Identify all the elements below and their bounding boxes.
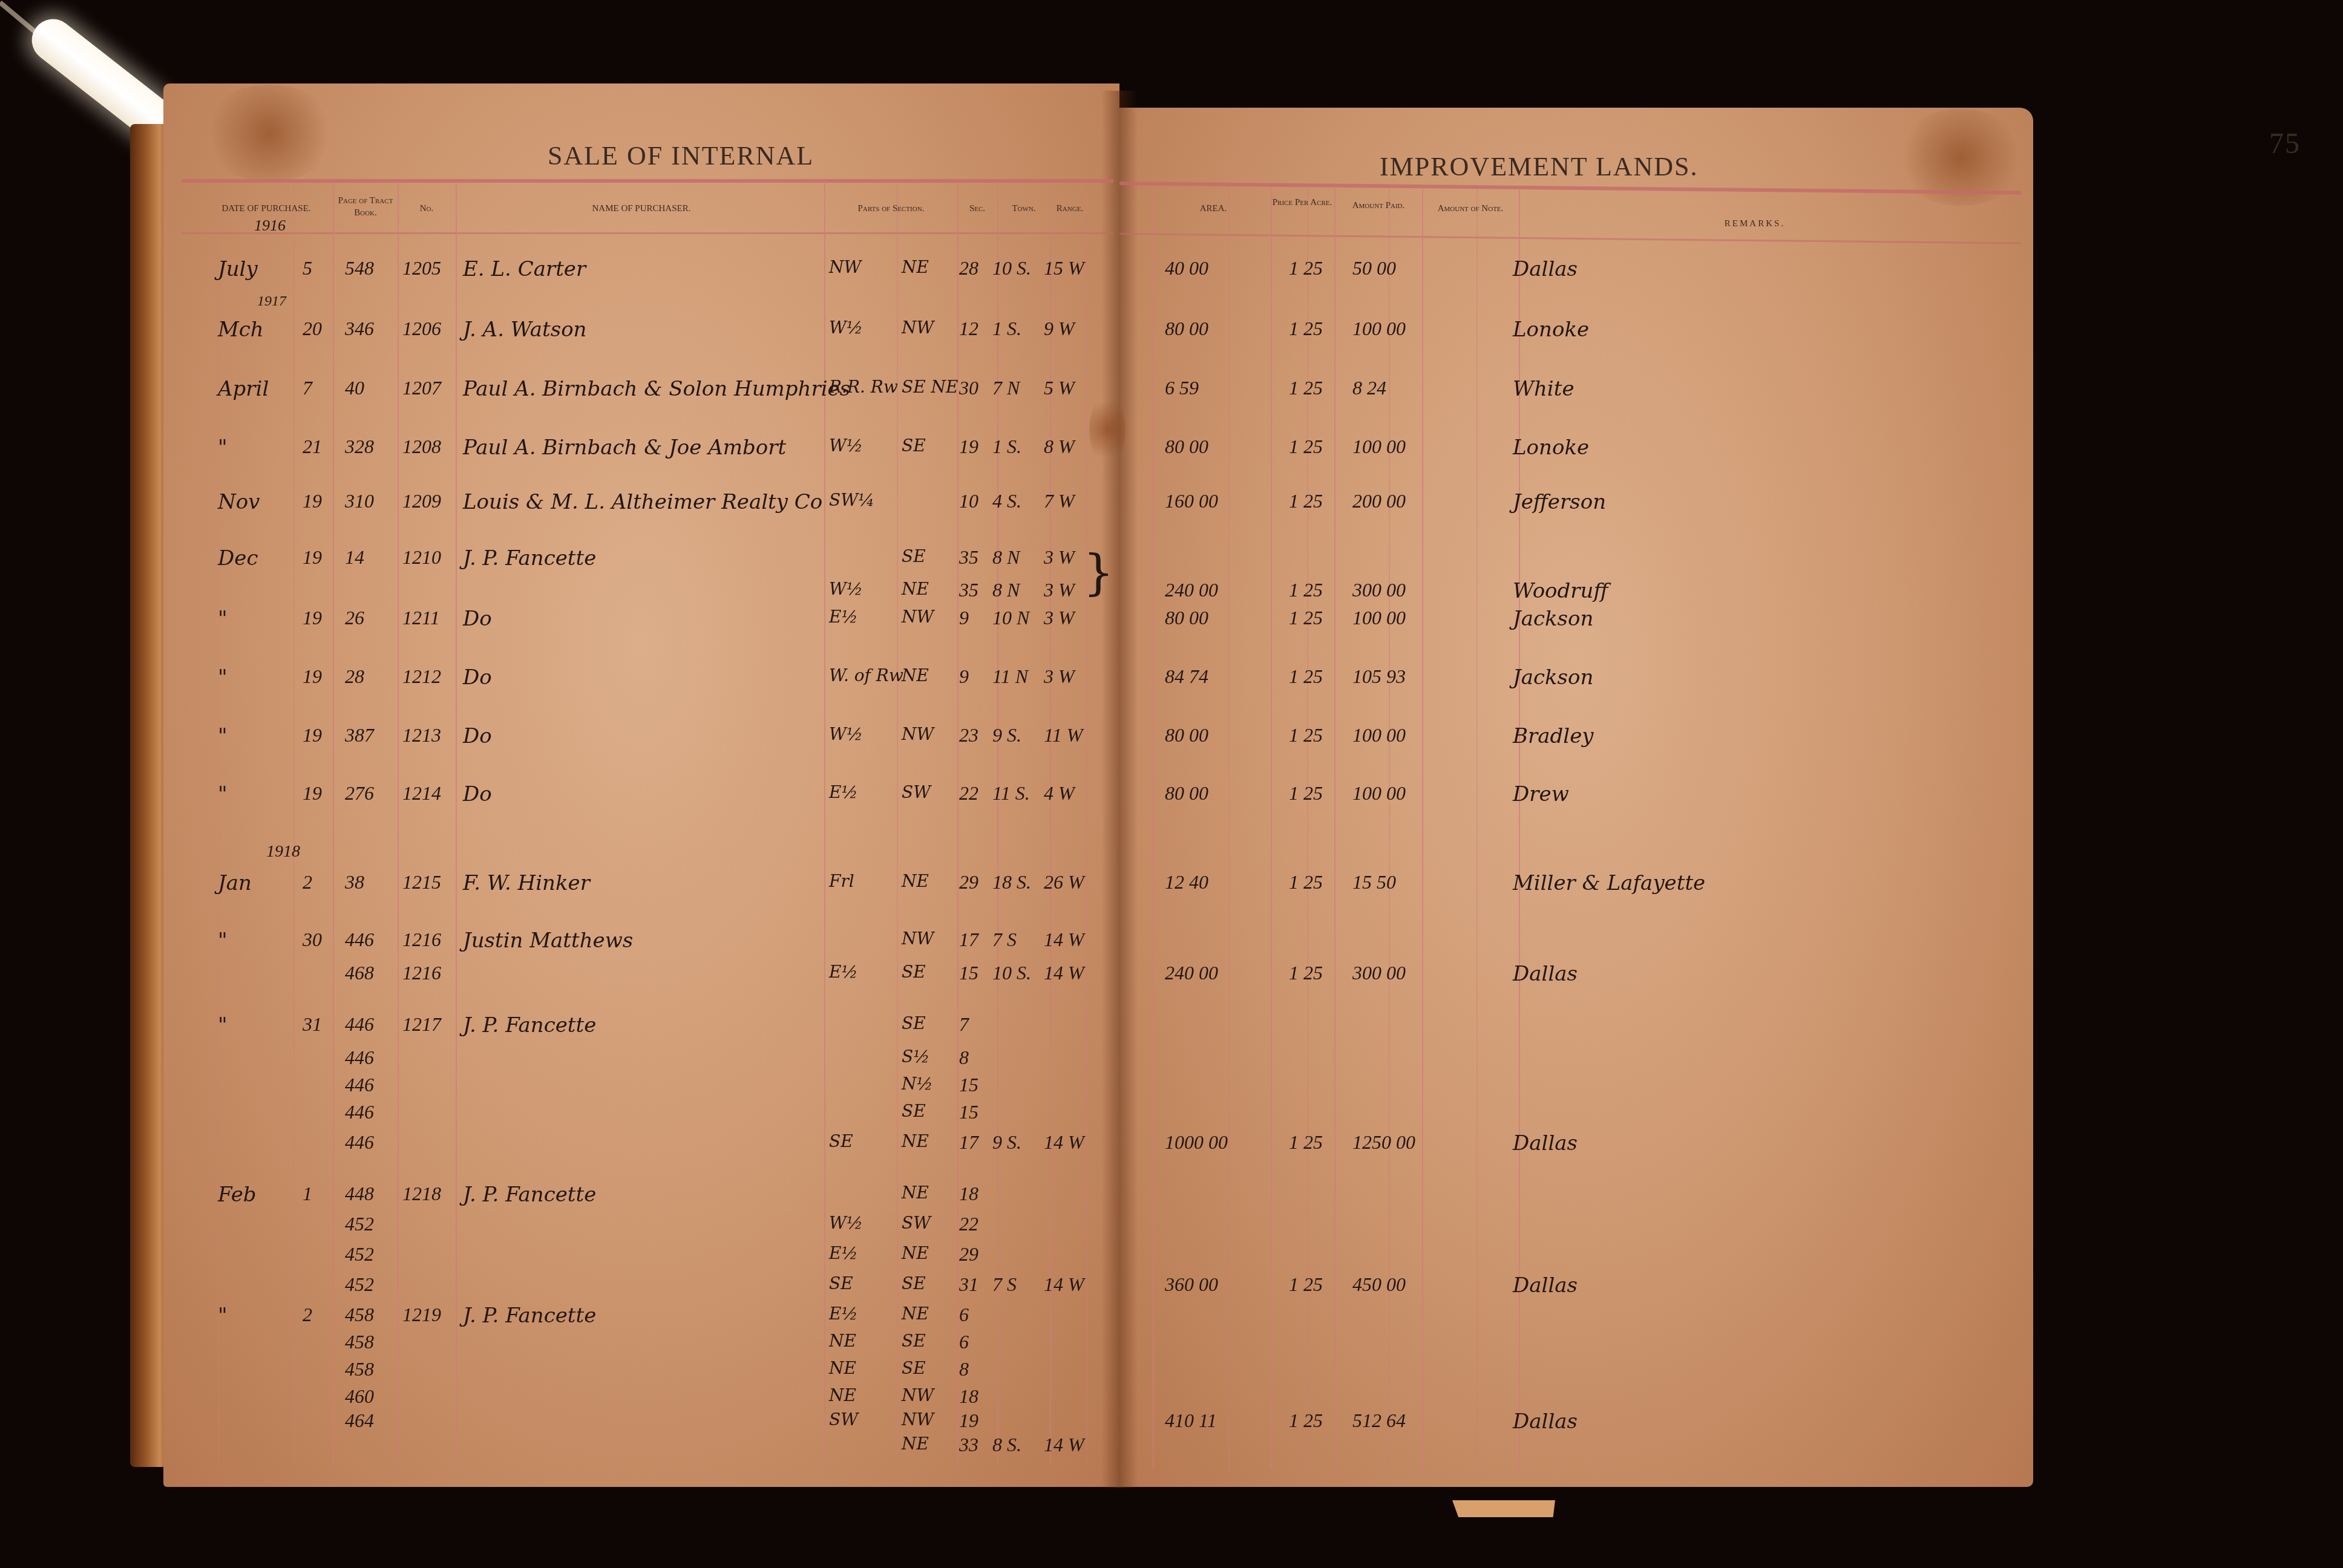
entry-price-per-acre: 1 25 xyxy=(1289,871,1323,893)
entry-tract-page: 460 xyxy=(345,1385,374,1408)
entry-price-per-acre: 1 25 xyxy=(1289,490,1323,512)
entry-month: " xyxy=(218,607,228,631)
entry-part-of-section: W. of Rw xyxy=(829,665,903,685)
entry-quarter: NW xyxy=(902,1385,934,1405)
entry-range: 3 W xyxy=(1044,665,1075,688)
entry-township: 7 N xyxy=(992,377,1020,399)
entry-remarks-county: Dallas xyxy=(1513,1273,1578,1298)
column-rule xyxy=(293,181,295,1464)
entry-remarks-county: Dallas xyxy=(1513,1131,1578,1155)
header-no: No. xyxy=(399,203,454,215)
entry-range: 14 W xyxy=(1044,1131,1084,1154)
entry-part-of-section: W½ xyxy=(829,1213,863,1233)
entry-number: 1211 xyxy=(402,607,440,629)
entry-range: 14 W xyxy=(1044,1434,1084,1456)
entry-tract-page: 28 xyxy=(345,665,364,688)
entry-number: 1216 xyxy=(402,962,441,984)
entry-area: 80 00 xyxy=(1165,724,1208,746)
entry-remarks-county: Woodruff xyxy=(1513,579,1608,603)
entry-day: 19 xyxy=(303,665,322,688)
entry-part-of-section: W½ xyxy=(829,724,863,744)
entry-section: 35 xyxy=(959,579,978,601)
entry-area: 160 00 xyxy=(1165,490,1218,512)
entry-remarks-county: Jackson xyxy=(1513,607,1593,631)
entry-day: 2 xyxy=(303,871,312,893)
entry-month: April xyxy=(218,377,269,401)
column-rule xyxy=(218,181,219,1464)
entry-section: 8 xyxy=(959,1358,969,1380)
entry-tract-page: 346 xyxy=(345,318,374,340)
entry-quarter: NE xyxy=(902,871,929,891)
entry-price-per-acre: 1 25 xyxy=(1289,1410,1323,1432)
grouping-brace: } xyxy=(1083,544,1114,601)
entry-amount-paid: 15 50 xyxy=(1352,871,1396,893)
entry-purchaser-name: Louis & M. L. Altheimer Realty Co xyxy=(463,490,822,514)
entry-day: 19 xyxy=(303,490,322,512)
column-rule xyxy=(1271,188,1272,1470)
entry-amount-paid: 8 24 xyxy=(1352,377,1386,399)
entry-township: 8 N xyxy=(992,546,1020,569)
entry-day: 19 xyxy=(303,607,322,629)
entry-section: 33 xyxy=(959,1434,978,1456)
entry-tract-page: 452 xyxy=(345,1243,374,1266)
entry-tract-page: 458 xyxy=(345,1331,374,1353)
entry-tract-page: 446 xyxy=(345,929,374,951)
entry-section: 10 xyxy=(959,490,978,512)
entry-tract-page: 464 xyxy=(345,1410,374,1432)
entry-price-per-acre: 1 25 xyxy=(1289,1131,1323,1154)
column-rule xyxy=(456,181,457,1464)
entry-month: July xyxy=(218,257,258,281)
page-number: 75 xyxy=(2269,127,2301,160)
entry-section: 12 xyxy=(959,318,978,340)
header-price: Price Per Acre. xyxy=(1272,197,1332,209)
entry-area: 360 00 xyxy=(1165,1273,1218,1296)
entry-section: 23 xyxy=(959,724,978,746)
left-page-title: SALE OF INTERNAL xyxy=(548,140,814,171)
entry-quarter: N½ xyxy=(902,1074,933,1094)
entry-remarks-county: Dallas xyxy=(1513,257,1578,281)
entry-township: 10 S. xyxy=(992,257,1031,279)
entry-remarks-county: Dallas xyxy=(1513,1410,1578,1434)
entry-number: 1215 xyxy=(402,871,441,893)
entry-price-per-acre: 1 25 xyxy=(1289,377,1323,399)
entry-amount-paid: 105 93 xyxy=(1352,665,1406,688)
entry-month: " xyxy=(218,724,228,748)
entry-price-per-acre: 1 25 xyxy=(1289,436,1323,458)
header-area: AREA. xyxy=(1156,203,1271,215)
entry-day: 30 xyxy=(303,929,322,951)
entry-month: " xyxy=(218,665,228,690)
entry-purchaser-name: J. P. Fancette xyxy=(463,1183,596,1207)
entry-month: " xyxy=(218,782,228,806)
entry-tract-page: 446 xyxy=(345,1131,374,1154)
entry-section: 28 xyxy=(959,257,978,279)
entry-amount-paid: 200 00 xyxy=(1352,490,1406,512)
entry-number: 1206 xyxy=(402,318,441,340)
entry-number: 1212 xyxy=(402,665,441,688)
entry-purchaser-name: J. P. Fancette xyxy=(463,1013,596,1037)
entry-quarter: NE xyxy=(902,665,929,685)
entry-township: 11 N xyxy=(992,665,1028,688)
entry-number: 1214 xyxy=(402,782,441,805)
entry-township: 8 N xyxy=(992,579,1020,601)
entry-day: 31 xyxy=(303,1013,322,1036)
entry-section: 6 xyxy=(959,1304,969,1326)
header-range: Range. xyxy=(1052,203,1088,215)
entry-part-of-section: W½ xyxy=(829,579,863,599)
entry-amount-paid: 100 00 xyxy=(1352,436,1406,458)
entry-quarter: NE xyxy=(902,1131,929,1151)
entry-purchaser-name: J. A. Watson xyxy=(463,318,587,342)
entry-remarks-county: Dallas xyxy=(1513,962,1578,986)
entry-township: 1 S. xyxy=(992,318,1021,340)
header-name: NAME OF PURCHASER. xyxy=(460,203,823,215)
entry-amount-paid: 450 00 xyxy=(1352,1273,1406,1296)
entry-price-per-acre: 1 25 xyxy=(1289,607,1323,629)
column-rule xyxy=(957,181,958,1464)
column-rule xyxy=(1422,188,1423,1470)
entry-purchaser-name: Do xyxy=(463,665,492,690)
entry-section: 19 xyxy=(959,436,978,458)
header-top-rule xyxy=(182,179,1113,183)
entry-remarks-county: Drew xyxy=(1513,782,1569,806)
entry-tract-page: 548 xyxy=(345,257,374,279)
column-rule xyxy=(997,181,998,1464)
entry-area: 6 59 xyxy=(1165,377,1199,399)
entry-section: 22 xyxy=(959,1213,978,1235)
entry-township: 9 S. xyxy=(992,1131,1021,1154)
entry-price-per-acre: 1 25 xyxy=(1289,318,1323,340)
entry-month: Mch xyxy=(218,318,264,342)
column-rule xyxy=(398,181,399,1464)
header-date: DATE OF PURCHASE. xyxy=(209,203,324,215)
entry-purchaser-name: F. W. Hinker xyxy=(463,871,590,895)
entry-section: 9 xyxy=(959,665,969,688)
entry-section: 7 xyxy=(959,1013,969,1036)
entry-range: 14 W xyxy=(1044,929,1084,951)
entry-range: 7 W xyxy=(1044,490,1075,512)
entry-amount-paid: 100 00 xyxy=(1352,607,1406,629)
header-amount-note: Amount of Note. xyxy=(1425,203,1516,215)
entry-tract-page: 446 xyxy=(345,1074,374,1096)
entry-part-of-section: SE xyxy=(829,1273,853,1293)
entry-tract-page: 387 xyxy=(345,724,374,746)
entry-month: Nov xyxy=(218,490,260,514)
entry-section: 17 xyxy=(959,929,978,951)
entry-range: 3 W xyxy=(1044,607,1075,629)
stain xyxy=(1089,393,1126,466)
entry-number: 1207 xyxy=(402,377,441,399)
column-rule xyxy=(1228,188,1230,1470)
entry-range: 15 W xyxy=(1044,257,1084,279)
entry-section: 35 xyxy=(959,546,978,569)
entry-purchaser-name: Paul A. Birnbach & Joe Ambort xyxy=(463,436,786,460)
header-town: Town. xyxy=(998,203,1049,215)
entry-day: 2 xyxy=(303,1304,312,1326)
entry-number: 1209 xyxy=(402,490,441,512)
entry-amount-paid: 100 00 xyxy=(1352,318,1406,340)
entry-area: 12 40 xyxy=(1165,871,1208,893)
column-rule xyxy=(824,181,825,1464)
year-marker: 1917 xyxy=(257,293,286,310)
entry-tract-page: 458 xyxy=(345,1304,374,1326)
entry-quarter: SW xyxy=(902,782,931,802)
entry-part-of-section: W½ xyxy=(829,436,863,456)
header-year-note: 1916 xyxy=(254,217,286,235)
entry-quarter: NE xyxy=(902,1304,929,1324)
entry-part-of-section: Frl xyxy=(829,871,854,891)
entry-tract-page: 452 xyxy=(345,1213,374,1235)
entry-tract-page: 446 xyxy=(345,1101,374,1123)
entry-amount-paid: 512 64 xyxy=(1352,1410,1406,1432)
entry-purchaser-name: J. P. Fancette xyxy=(463,1304,596,1328)
year-marker: 1918 xyxy=(266,842,300,861)
column-rule xyxy=(1050,181,1051,1464)
entry-range: 14 W xyxy=(1044,1273,1084,1296)
entry-township: 11 S. xyxy=(992,782,1030,805)
entry-day: 19 xyxy=(303,724,322,746)
entry-township: 4 S. xyxy=(992,490,1021,512)
entry-part-of-section: NE xyxy=(829,1331,856,1351)
entry-area: 80 00 xyxy=(1165,607,1208,629)
entry-remarks-county: Jefferson xyxy=(1513,490,1606,514)
entry-section: 17 xyxy=(959,1131,978,1154)
entry-quarter: SE xyxy=(902,1013,926,1033)
entry-tract-page: 310 xyxy=(345,490,374,512)
entry-tract-page: 446 xyxy=(345,1013,374,1036)
entry-township: 7 S xyxy=(992,1273,1017,1296)
entry-part-of-section: SE xyxy=(829,1131,853,1151)
entry-section: 15 xyxy=(959,1101,978,1123)
entry-day: 5 xyxy=(303,257,312,279)
entry-month: " xyxy=(218,929,228,953)
entry-tract-page: 276 xyxy=(345,782,374,805)
column-rule xyxy=(897,181,898,1464)
header-amount-paid: Amount Paid. xyxy=(1336,200,1421,212)
entry-purchaser-name: Do xyxy=(463,724,492,748)
entry-remarks-county: Jackson xyxy=(1513,665,1593,690)
entry-tract-page: 14 xyxy=(345,546,364,569)
entry-quarter: NW xyxy=(902,607,934,627)
entry-township: 9 S. xyxy=(992,724,1021,746)
entry-quarter: SE xyxy=(902,1273,926,1293)
entry-part-of-section: NW xyxy=(829,257,861,277)
entry-day: 21 xyxy=(303,436,322,458)
entry-month: " xyxy=(218,436,228,460)
entry-section: 18 xyxy=(959,1385,978,1408)
entry-tract-page: 452 xyxy=(345,1273,374,1296)
entry-month: " xyxy=(218,1304,228,1328)
column-rule xyxy=(1476,188,1478,1470)
entry-purchaser-name: E. L. Carter xyxy=(463,257,586,281)
entry-purchaser-name: Justin Matthews xyxy=(463,929,633,953)
entry-quarter: SE xyxy=(902,1101,926,1121)
entry-number: 1218 xyxy=(402,1183,441,1205)
entry-purchaser-name: Do xyxy=(463,782,492,806)
entry-part-of-section: E½ xyxy=(829,1304,858,1324)
entry-day: 19 xyxy=(303,546,322,569)
entry-range: 3 W xyxy=(1044,579,1075,601)
entry-section: 15 xyxy=(959,1074,978,1096)
entry-area: 84 74 xyxy=(1165,665,1208,688)
entry-quarter: SE xyxy=(902,1331,926,1351)
entry-number: 1216 xyxy=(402,929,441,951)
entry-area: 410 11 xyxy=(1165,1410,1217,1432)
entry-township: 8 S. xyxy=(992,1434,1021,1456)
entry-township: 10 N xyxy=(992,607,1029,629)
entry-remarks-county: White xyxy=(1513,377,1575,401)
entry-section: 6 xyxy=(959,1331,969,1353)
entry-area: 240 00 xyxy=(1165,962,1218,984)
entry-quarter: NE xyxy=(902,257,929,277)
header-sec: Sec. xyxy=(959,203,995,215)
entry-quarter: NE xyxy=(902,1183,929,1203)
entry-range: 11 W xyxy=(1044,724,1083,746)
entry-section: 9 xyxy=(959,607,969,629)
entry-number: 1213 xyxy=(402,724,441,746)
entry-part-of-section: R.R. Rw xyxy=(829,377,898,397)
entry-range: 5 W xyxy=(1044,377,1075,399)
entry-range: 14 W xyxy=(1044,962,1084,984)
entry-amount-paid: 50 00 xyxy=(1352,257,1396,279)
entry-tract-page: 26 xyxy=(345,607,364,629)
bookmark-tab xyxy=(1452,1500,1555,1517)
entry-month: Dec xyxy=(218,546,258,570)
entry-day: 19 xyxy=(303,782,322,805)
entry-number: 1208 xyxy=(402,436,441,458)
column-rule xyxy=(1086,181,1087,1464)
entry-section: 15 xyxy=(959,962,978,984)
entry-section: 29 xyxy=(959,1243,978,1266)
entry-tract-page: 446 xyxy=(345,1047,374,1069)
entry-price-per-acre: 1 25 xyxy=(1289,782,1323,805)
entry-area: 80 00 xyxy=(1165,318,1208,340)
entry-price-per-acre: 1 25 xyxy=(1289,962,1323,984)
entry-price-per-acre: 1 25 xyxy=(1289,1273,1323,1296)
column-rule xyxy=(1153,188,1154,1470)
entry-section: 29 xyxy=(959,871,978,893)
entry-township: 18 S. xyxy=(992,871,1031,893)
entry-tract-page: 40 xyxy=(345,377,364,399)
entry-part-of-section: NE xyxy=(829,1358,856,1378)
entry-range: 8 W xyxy=(1044,436,1075,458)
entry-part-of-section: E½ xyxy=(829,962,858,982)
header-tract-page: Page of Tract Book. xyxy=(336,195,395,219)
entry-range: 9 W xyxy=(1044,318,1075,340)
entry-quarter: SE xyxy=(902,962,926,982)
entry-township: 7 S xyxy=(992,929,1017,951)
header-parts: Parts of Section. xyxy=(826,203,956,215)
entry-amount-paid: 100 00 xyxy=(1352,782,1406,805)
entry-township: 10 S. xyxy=(992,962,1031,984)
entry-tract-page: 458 xyxy=(345,1358,374,1380)
entry-price-per-acre: 1 25 xyxy=(1289,579,1323,601)
column-rule xyxy=(333,181,334,1464)
entry-area: 40 00 xyxy=(1165,257,1208,279)
entry-month: Jan xyxy=(218,871,252,895)
entry-month: Feb xyxy=(218,1183,257,1207)
entry-amount-paid: 300 00 xyxy=(1352,962,1406,984)
entry-quarter: SE NE xyxy=(902,377,958,397)
entry-amount-paid: 1250 00 xyxy=(1352,1131,1415,1154)
entry-quarter: SW xyxy=(902,1213,931,1233)
entry-quarter: S½ xyxy=(902,1047,929,1067)
entry-section: 8 xyxy=(959,1047,969,1069)
entry-purchaser-name: J. P. Fancette xyxy=(463,546,596,570)
book-gutter xyxy=(1101,91,1138,1488)
header-remarks: REMARKS. xyxy=(1694,218,1815,230)
entry-part-of-section: SW¼ xyxy=(829,490,874,510)
entry-remarks-county: Miller & Lafayette xyxy=(1513,871,1705,895)
entry-purchaser-name: Do xyxy=(463,607,492,631)
entry-price-per-acre: 1 25 xyxy=(1289,724,1323,746)
entry-day: 20 xyxy=(303,318,322,340)
entry-number: 1217 xyxy=(402,1013,441,1036)
entry-quarter: NE xyxy=(902,579,929,599)
entry-part-of-section: SW xyxy=(829,1410,858,1429)
right-page-title: IMPROVEMENT LANDS. xyxy=(1380,151,1699,182)
entry-remarks-county: Lonoke xyxy=(1513,436,1589,460)
entry-amount-paid: 300 00 xyxy=(1352,579,1406,601)
entry-number: 1210 xyxy=(402,546,441,569)
entry-amount-paid: 100 00 xyxy=(1352,724,1406,746)
entry-day: 1 xyxy=(303,1183,312,1205)
column-rule xyxy=(1334,188,1335,1470)
header-bottom-rule xyxy=(182,232,1113,234)
entry-part-of-section: W½ xyxy=(829,318,863,338)
entry-quarter: NW xyxy=(902,318,934,338)
entry-month: " xyxy=(218,1013,228,1037)
entry-quarter: SE xyxy=(902,1358,926,1378)
entry-quarter: SE xyxy=(902,546,926,566)
entry-quarter: NW xyxy=(902,929,934,949)
entry-range: 4 W xyxy=(1044,782,1075,805)
entry-section: 30 xyxy=(959,377,978,399)
entry-tract-page: 468 xyxy=(345,962,374,984)
entry-tract-page: 328 xyxy=(345,436,374,458)
entry-quarter: SE xyxy=(902,436,926,456)
entry-purchaser-name: Paul A. Birnbach & Solon Humphries xyxy=(463,377,850,401)
entry-tract-page: 38 xyxy=(345,871,364,893)
entry-area: 80 00 xyxy=(1165,782,1208,805)
entry-area: 80 00 xyxy=(1165,436,1208,458)
entry-section: 31 xyxy=(959,1273,978,1296)
entry-price-per-acre: 1 25 xyxy=(1289,257,1323,279)
entry-range: 3 W xyxy=(1044,546,1075,569)
entry-part-of-section: E½ xyxy=(829,782,858,802)
entry-quarter: NW xyxy=(902,1410,934,1429)
entry-remarks-county: Lonoke xyxy=(1513,318,1589,342)
entry-remarks-county: Bradley xyxy=(1513,724,1593,748)
entry-township: 1 S. xyxy=(992,436,1021,458)
stain xyxy=(200,85,339,181)
entry-section: 22 xyxy=(959,782,978,805)
entry-number: 1205 xyxy=(402,257,441,279)
entry-area: 1000 00 xyxy=(1165,1131,1228,1154)
entry-day: 7 xyxy=(303,377,312,399)
entry-range: 26 W xyxy=(1044,871,1084,893)
entry-section: 18 xyxy=(959,1183,978,1205)
entry-price-per-acre: 1 25 xyxy=(1289,665,1323,688)
entry-section: 19 xyxy=(959,1410,978,1432)
entry-part-of-section: E½ xyxy=(829,1243,858,1263)
entry-part-of-section: E½ xyxy=(829,607,858,627)
entry-quarter: NE xyxy=(902,1243,929,1263)
entry-part-of-section: NE xyxy=(829,1385,856,1405)
entry-quarter: NE xyxy=(902,1434,929,1454)
entry-number: 1219 xyxy=(402,1304,441,1326)
